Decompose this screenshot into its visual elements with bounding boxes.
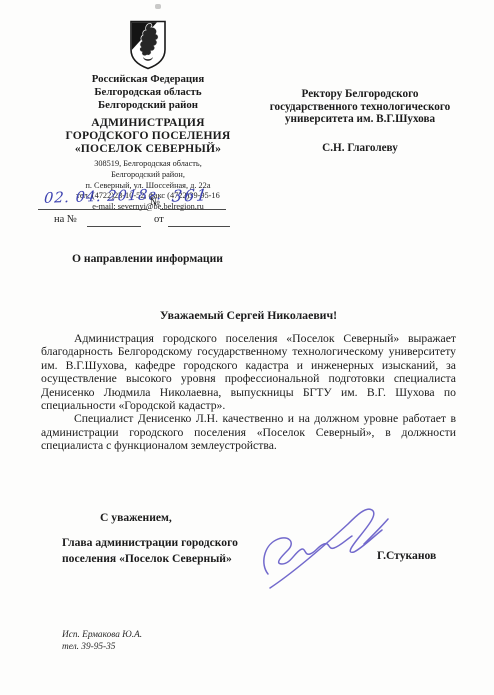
reply-to-number-label: на № [54, 214, 77, 225]
executor-phone: тел. 39-95-35 [62, 642, 142, 654]
date-blank-line [38, 209, 148, 210]
scanned-letter-document: Российская Федерация Белгородская област… [0, 0, 494, 695]
addressee-line: Ректору Белгородского [260, 88, 460, 101]
addressee-line: университета им. В.Г.Шухова [260, 113, 460, 126]
number-blank-line [160, 209, 226, 210]
reply-date-blank-line [168, 226, 230, 227]
signer-title-line: Глава администрации городского [62, 535, 238, 551]
address-line: 308519, Белгородская область, [28, 159, 268, 170]
salutation: Уважаемый Сергей Николаевич! [41, 308, 456, 323]
letterhead-region: Белгородская область [28, 86, 268, 99]
body-paragraph: Администрация городского поселения «Посе… [41, 332, 456, 412]
reply-number-blank-line [87, 226, 141, 227]
signer-title: Глава администрации городского поселения… [62, 535, 238, 566]
reply-from-label: от [154, 214, 164, 225]
subject-line: О направлении информации [72, 252, 223, 265]
org-name-line: ГОРОДСКОГО ПОСЕЛЕНИЯ [28, 130, 268, 143]
address-line: Белгородский район, [28, 170, 268, 181]
letterhead: Российская Федерация Белгородская област… [28, 20, 268, 212]
letterhead-district: Белгородский район [28, 99, 268, 112]
addressee-line: государственного технологического [260, 101, 460, 114]
executor-footer: Исп. Ермакова Ю.А. тел. 39-95-35 [62, 630, 142, 653]
executor-name: Исп. Ермакова Ю.А. [62, 630, 142, 642]
signer-name: Г.Стуканов [377, 549, 436, 562]
body-paragraph: Специалист Денисенко Л.Н. качественно и … [41, 412, 456, 452]
signer-title-line: поселения «Поселок Северный» [62, 551, 238, 567]
org-name-line: «ПОСЕЛОК СЕВЕРНЫЙ» [28, 143, 268, 156]
handwritten-outgoing-number: 361 [171, 185, 210, 205]
letterhead-country: Российская Федерация [28, 73, 268, 86]
addressee-name: С.Н. Глаголеву [260, 142, 460, 155]
letter-body: Администрация городского поселения «Посе… [41, 332, 456, 453]
closing-regards: С уважением, [100, 511, 172, 524]
org-name-line: АДМИНИСТРАЦИЯ [28, 117, 268, 130]
addressee-block: Ректору Белгородского государственного т… [260, 88, 460, 154]
coat-of-arms-icon [129, 20, 167, 70]
number-sign: № [150, 197, 160, 208]
scan-artifact [155, 4, 161, 9]
